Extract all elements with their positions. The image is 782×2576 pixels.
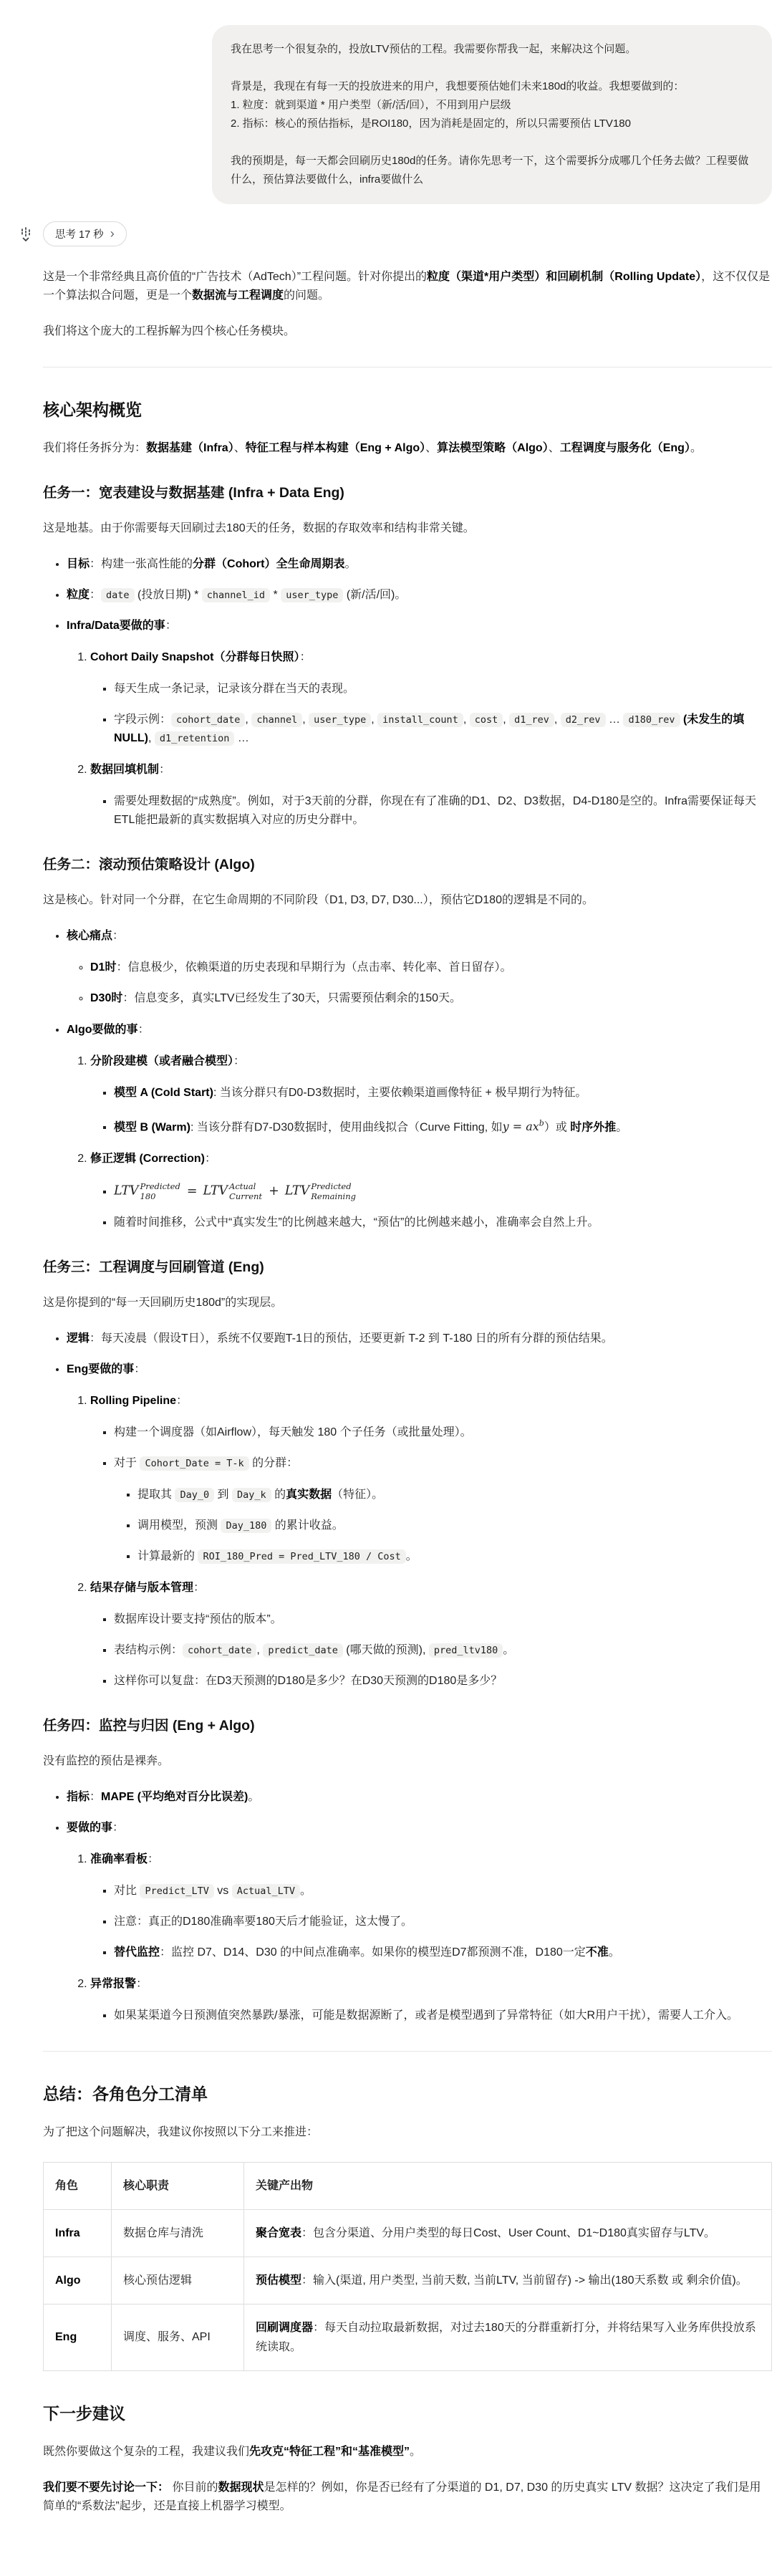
- table-row: Eng调度、服务、API回刷调度器：每天自动拉取最新数据，对过去180天的分群重…: [44, 2304, 772, 2370]
- list-item: 调用模型，预测 Day_180 的累计收益。: [137, 1517, 772, 1535]
- list-item: LTVPredicted180=LTVActualCurrent+LTVPred…: [114, 1181, 772, 1201]
- list-item: 结果存储与版本管理：数据库设计要支持“预估的版本”。表结构示例：cohort_d…: [90, 1579, 772, 1691]
- list-item: 分阶段建模（或者融合模型）：模型 A (Cold Start): 当该分群只有D…: [90, 1052, 772, 1137]
- paragraph: 这是地基。由于你需要每天回刷过去180天的任务，数据的存取效率和结构非常关键。: [43, 519, 772, 538]
- inline-code: Predict_LTV: [140, 1884, 213, 1898]
- list: 构建一个调度器（如Airflow），每天触发 180 个子任务（或批量处理）。对…: [90, 1423, 772, 1566]
- table-cell: 预估模型：输入(渠道, 用户类型, 当前天数, 当前LTV, 当前留存) -> …: [244, 2257, 772, 2304]
- divider: [43, 367, 772, 367]
- user-message-paragraph: 我在思考一个很复杂的，投放LTV预估的工程。我需要你帮我一起，来解决这个问题。: [231, 40, 753, 59]
- table-header-cell: 关键产出物: [244, 2162, 772, 2209]
- paragraph: 这是你提到的“每一天回刷历史180d”的实现层。: [43, 1294, 772, 1312]
- section-heading: 下一步建议: [43, 2403, 772, 2424]
- table-row: Infra数据仓库与清洗聚合宽表：包含分渠道、分用户类型的每日Cost、User…: [44, 2209, 772, 2257]
- list: 目标：构建一张高性能的分群（Cohort）全生命周期表。粒度：date (投放日…: [43, 555, 772, 830]
- section-heading: 任务四：监控与归因 (Eng + Algo): [43, 1716, 772, 1735]
- thinking-toggle-button[interactable]: 思考 17 秒 ›: [43, 221, 127, 246]
- list-item: 模型 A (Cold Start): 当该分群只有D0-D3数据时，主要依赖渠道…: [114, 1084, 772, 1102]
- inline-code: user_type: [309, 713, 371, 727]
- table-header-cell: 角色: [44, 2162, 112, 2209]
- user-message-paragraph: 我的预期是，每一天都会回刷历史180d的任务。请你先思考一下，这个需要拆分成哪几…: [231, 152, 753, 189]
- table-header-cell: 核心职责: [112, 2162, 244, 2209]
- list: 需要处理数据的“成熟度”。例如，对于3天前的分群，你现在有了准确的D1、D2、D…: [90, 792, 772, 830]
- chevron-right-icon: ›: [110, 227, 115, 240]
- inline-code: Actual_LTV: [232, 1884, 300, 1898]
- list-item: 替代监控：监控 D7、D14、D30 的中间点准确率。如果你的模型连D7都预测不…: [114, 1943, 772, 1962]
- list-item: 要做的事：准确率看板：对比 Predict_LTV vs Actual_LTV。…: [67, 1819, 772, 2025]
- math-formula: LTVPredicted180=LTVActualCurrent+LTVPred…: [114, 1181, 357, 1201]
- paragraph: 我们要不要先讨论一下： 你目前的数据现状是怎样的？例如，你是否已经有了分渠道的 …: [43, 2479, 772, 2516]
- list-item: Eng要做的事：Rolling Pipeline：构建一个调度器（如Airflo…: [67, 1360, 772, 1691]
- list-item: 注意：真正的D180准确率要180天后才能验证，这太慢了。: [114, 1913, 772, 1931]
- list: 每天生成一条记录，记录该分群在当天的表现。字段示例：cohort_date, c…: [90, 680, 772, 748]
- list-item: 异常报警：如果某渠道今日预测值突然暴跌/暴涨，可能是数据源断了，或者是模型遇到了…: [90, 1975, 772, 2025]
- list-item: 对于 Cohort_Date = T-k 的分群：提取其 Day_0 到 Day…: [114, 1454, 772, 1566]
- list-item: 核心痛点：D1时：信息极少，依赖渠道的历史表现和早期行为（点击率、转化率、首日留…: [67, 927, 772, 1008]
- inline-code: d1_rev: [509, 713, 554, 727]
- list: LTVPredicted180=LTVActualCurrent+LTVPred…: [90, 1181, 772, 1232]
- list-item: 需要处理数据的“成熟度”。例如，对于3天前的分群，你现在有了准确的D1、D2、D…: [114, 792, 772, 830]
- inline-code: cohort_date: [183, 1643, 256, 1658]
- list: D1时：信息极少，依赖渠道的历史表现和早期行为（点击率、转化率、首日留存）。D3…: [67, 958, 772, 1008]
- list-item: 模型 B (Warm): 当该分群有D7-D30数据时，使用曲线拟合（Curve…: [114, 1115, 772, 1137]
- list-item: 随着时间推移，公式中“真实发生”的比例越来越大，“预估”的比例越来越小，准确率会…: [114, 1213, 772, 1232]
- inline-code: d1_retention: [155, 731, 235, 746]
- list-item: 粒度：date (投放日期) * channel_id * user_type …: [67, 586, 772, 605]
- list-item: D1时：信息极少，依赖渠道的历史表现和早期行为（点击率、转化率、首日留存）。: [90, 958, 772, 977]
- section-heading: 任务一：宽表建设与数据基建 (Infra + Data Eng): [43, 484, 772, 502]
- inline-code: cohort_date: [171, 713, 245, 727]
- list: 准确率看板：对比 Predict_LTV vs Actual_LTV。注意：真正…: [67, 1850, 772, 2025]
- inline-code: cost: [470, 713, 503, 727]
- table-cell: 核心预估逻辑: [112, 2257, 244, 2304]
- list: Cohort Daily Snapshot（分群每日快照）：每天生成一条记录，记…: [67, 648, 772, 830]
- table-cell: 调度、服务、API: [112, 2304, 244, 2370]
- section-heading: 总结：各角色分工清单: [43, 2083, 772, 2105]
- section-heading: 任务三：工程调度与回刷管道 (Eng): [43, 1258, 772, 1277]
- list-item: 如果某渠道今日预测值突然暴跌/暴涨，可能是数据源断了，或者是模型遇到了异常特征（…: [114, 2007, 772, 2025]
- inline-code: install_count: [377, 713, 463, 727]
- user-message-paragraph: 背景是，我现在有每一天的投放进来的用户，我想要预估她们未来180d的收益。我想要…: [231, 77, 753, 133]
- chat-page: 我在思考一个很复杂的，投放LTV预估的工程。我需要你帮我一起，来解决这个问题。背…: [0, 0, 782, 2576]
- user-message-row: 我在思考一个很复杂的，投放LTV预估的工程。我需要你帮我一起，来解决这个问题。背…: [43, 25, 772, 204]
- list: 提取其 Day_0 到 Day_k 的真实数据（特征）。调用模型，预测 Day_…: [114, 1486, 772, 1566]
- list-item: 提取其 Day_0 到 Day_k 的真实数据（特征）。: [137, 1486, 772, 1504]
- inline-code: ROI_180_Pred = Pred_LTV_180 / Cost: [198, 1549, 405, 1564]
- list-item: Algo要做的事：分阶段建模（或者融合模型）：模型 A (Cold Start)…: [67, 1021, 772, 1232]
- paragraph: 我们将任务拆分为：数据基建（Infra）、特征工程与样本构建（Eng + Alg…: [43, 439, 772, 458]
- paragraph: 这是核心。针对同一个分群，在它生命周期的不同阶段（D1, D3, D7, D30…: [43, 891, 772, 910]
- list-item: 数据回填机制：需要处理数据的“成熟度”。例如，对于3天前的分群，你现在有了准确的…: [90, 761, 772, 830]
- paragraph: 没有监控的预估是裸奔。: [43, 1752, 772, 1771]
- assistant-response: 这是一个非常经典且高价值的“广告技术（AdTech）”工程问题。针对你提出的粒度…: [43, 268, 772, 2516]
- section-heading: 任务二：滚动预估策略设计 (Algo): [43, 855, 772, 874]
- table-row: Algo核心预估逻辑预估模型：输入(渠道, 用户类型, 当前天数, 当前LTV,…: [44, 2257, 772, 2304]
- list-item: 对比 Predict_LTV vs Actual_LTV。: [114, 1882, 772, 1900]
- inline-code: pred_ltv180: [429, 1643, 503, 1658]
- summary-table: 角色核心职责关键产出物Infra数据仓库与清洗聚合宽表：包含分渠道、分用户类型的…: [43, 2162, 772, 2371]
- inline-code: Day_k: [232, 1488, 271, 1502]
- list: 对比 Predict_LTV vs Actual_LTV。注意：真正的D180准…: [90, 1882, 772, 1962]
- table-cell: 回刷调度器：每天自动拉取最新数据，对过去180天的分群重新打分，并将结果写入业务…: [244, 2304, 772, 2370]
- divider: [43, 2051, 772, 2052]
- list-item: 目标：构建一张高性能的分群（Cohort）全生命周期表。: [67, 555, 772, 574]
- list: 核心痛点：D1时：信息极少，依赖渠道的历史表现和早期行为（点击率、转化率、首日留…: [43, 927, 772, 1232]
- list: Rolling Pipeline：构建一个调度器（如Airflow），每天触发 …: [67, 1392, 772, 1691]
- inline-code: d2_rev: [561, 713, 606, 727]
- list-item: Infra/Data要做的事：Cohort Daily Snapshot（分群每…: [67, 617, 772, 830]
- inline-code: d180_rev: [623, 713, 680, 727]
- list-item: 准确率看板：对比 Predict_LTV vs Actual_LTV。注意：真正…: [90, 1850, 772, 1962]
- table-cell: 聚合宽表：包含分渠道、分用户类型的每日Cost、User Count、D1~D1…: [244, 2209, 772, 2257]
- inline-code: Day_0: [175, 1488, 214, 1502]
- list-item: 这样你可以复盘：在D3天预测的D180是多少？在D30天预测的D180是多少？: [114, 1672, 772, 1691]
- user-message-bubble: 我在思考一个很复杂的，投放LTV预估的工程。我需要你帮我一起，来解决这个问题。背…: [212, 25, 772, 204]
- list: 逻辑：每天凌晨（假设T日），系统不仅要跑T-1日的预估，还要更新 T-2 到 T…: [43, 1330, 772, 1691]
- list-item: D30时：信息变多，真实LTV已经发生了30天，只需要预估剩余的150天。: [90, 989, 772, 1008]
- inline-code: Day_180: [221, 1519, 271, 1533]
- inline-code: channel: [251, 713, 302, 727]
- paragraph: 既然你要做这个复杂的工程，我建议我们先攻克“特征工程”和“基准模型”。: [43, 2443, 772, 2461]
- list-item: 字段示例：cohort_date, channel, user_type, in…: [114, 711, 772, 748]
- inline-code: channel_id: [202, 588, 270, 602]
- table-cell: Infra: [44, 2209, 112, 2257]
- list: 数据库设计要支持“预估的版本”。表结构示例：cohort_date, predi…: [90, 1610, 772, 1691]
- thinking-row: 思考 17 秒 ›: [16, 221, 772, 246]
- table-cell: Algo: [44, 2257, 112, 2304]
- list-item: 指标：MAPE (平均绝对百分比误差)。: [67, 1788, 772, 1807]
- list-item: 数据库设计要支持“预估的版本”。: [114, 1610, 772, 1629]
- list-item: 表结构示例：cohort_date, predict_date (哪天做的预测)…: [114, 1641, 772, 1660]
- inline-code: predict_date: [263, 1643, 343, 1658]
- thinking-stream-icon: [16, 224, 36, 244]
- table-row: 角色核心职责关键产出物: [44, 2162, 772, 2209]
- inline-code: date: [101, 588, 135, 602]
- table-cell: Eng: [44, 2304, 112, 2370]
- inline-code: user_type: [281, 588, 343, 602]
- inline-code: Cohort_Date = T-k: [140, 1456, 248, 1471]
- list-item: 构建一个调度器（如Airflow），每天触发 180 个子任务（或批量处理）。: [114, 1423, 772, 1442]
- list: 模型 A (Cold Start): 当该分群只有D0-D3数据时，主要依赖渠道…: [90, 1084, 772, 1137]
- paragraph: 这是一个非常经典且高价值的“广告技术（AdTech）”工程问题。针对你提出的粒度…: [43, 268, 772, 305]
- table-cell: 数据仓库与清洗: [112, 2209, 244, 2257]
- list-item: 修正逻辑 (Correction)：LTVPredicted180=LTVAct…: [90, 1150, 772, 1232]
- list-item: 每天生成一条记录，记录该分群在当天的表现。: [114, 680, 772, 698]
- math-inline: y = axb: [503, 1120, 544, 1133]
- paragraph: 为了把这个问题解决，我建议你按照以下分工来推进：: [43, 2123, 772, 2142]
- list: 指标：MAPE (平均绝对百分比误差)。要做的事：准确率看板：对比 Predic…: [43, 1788, 772, 2025]
- list: 如果某渠道今日预测值突然暴跌/暴涨，可能是数据源断了，或者是模型遇到了异常特征（…: [90, 2007, 772, 2025]
- section-heading: 核心架构概览: [43, 399, 772, 420]
- list-item: 计算最新的 ROI_180_Pred = Pred_LTV_180 / Cost…: [137, 1547, 772, 1566]
- paragraph: 我们将这个庞大的工程拆解为四个核心任务模块。: [43, 322, 772, 341]
- list-item: Rolling Pipeline：构建一个调度器（如Airflow），每天触发 …: [90, 1392, 772, 1566]
- list: 分阶段建模（或者融合模型）：模型 A (Cold Start): 当该分群只有D…: [67, 1052, 772, 1232]
- thinking-label: 思考 17 秒: [55, 226, 104, 241]
- list-item: 逻辑：每天凌晨（假设T日），系统不仅要跑T-1日的预估，还要更新 T-2 到 T…: [67, 1330, 772, 1348]
- list-item: Cohort Daily Snapshot（分群每日快照）：每天生成一条记录，记…: [90, 648, 772, 748]
